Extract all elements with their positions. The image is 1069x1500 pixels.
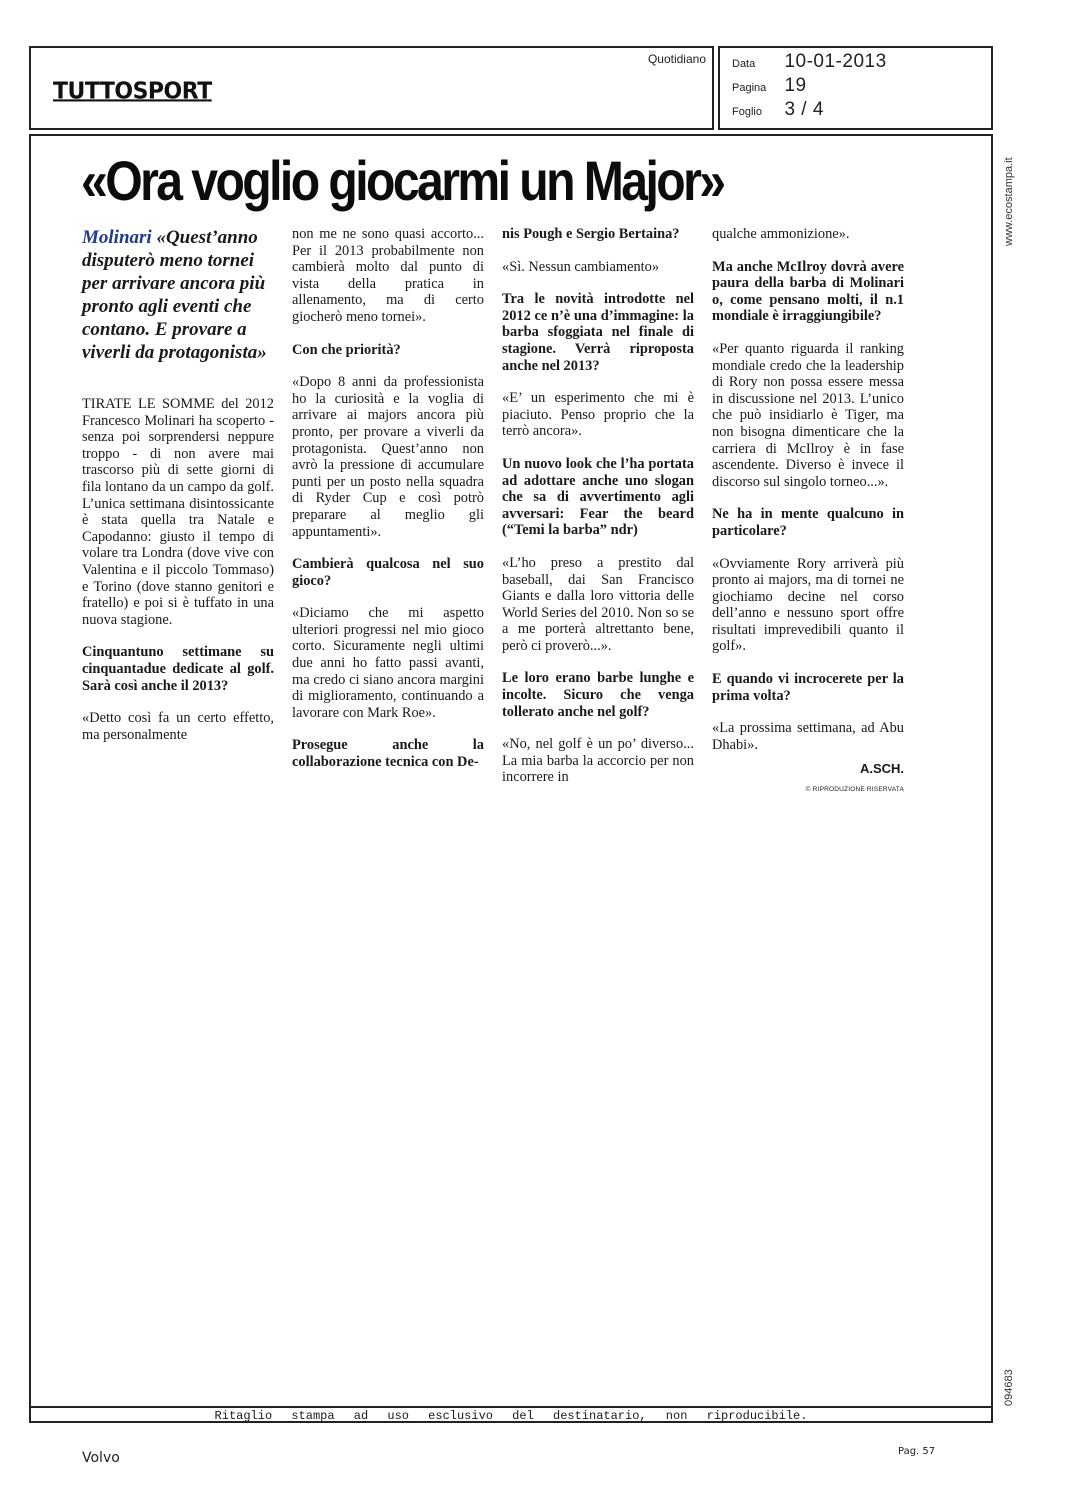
- article-column-3: nis Pough e Sergio Bertaina? «Sì. Nessun…: [502, 226, 694, 802]
- article-intro: Molinari «Quest’anno disputerò meno torn…: [82, 226, 274, 364]
- meta-page-value: 19: [784, 75, 806, 96]
- article-clipping: «Ora voglio giocarmi un Major» Molinari …: [29, 134, 993, 1423]
- meta-date-value: 10-01-2013: [784, 51, 886, 72]
- answer: non me ne sono quasi accorto... Per il 2…: [292, 226, 484, 326]
- header-meta-box: Data 10-01-2013 Pagina 19 Foglio 3 / 4: [718, 46, 993, 130]
- question: Cinquantuno settimane su cinquantadue de…: [82, 644, 274, 694]
- article-column-1: Molinari «Quest’anno disputerò meno torn…: [82, 226, 274, 759]
- question: Con che priorità?: [292, 342, 484, 359]
- clipping-disclaimer: Ritaglio stampa ad uso esclusivo del des…: [31, 1406, 991, 1425]
- question: Ne ha in mente qualcuno in particolare?: [712, 506, 904, 539]
- publication-type: Quotidiano: [648, 52, 706, 66]
- question: Ma anche McIlroy dovrà avere paura della…: [712, 259, 904, 325]
- publication-logo: TUTTOSPORT: [53, 78, 212, 104]
- meta-page: Pagina 19: [732, 75, 807, 97]
- answer: «E’ un esperimento che mi è piaciuto. Pe…: [502, 390, 694, 440]
- document-code-vertical: 094683: [1003, 1369, 1015, 1406]
- question: Prosegue anche la collaborazione tecnica…: [292, 737, 484, 770]
- article-byline: A.SCH.: [712, 761, 904, 778]
- question: Tra le novità introdotte nel 2012 ce n’è…: [502, 291, 694, 374]
- footer-page-number: Pag. 57: [898, 1446, 935, 1457]
- answer: «Per quanto riguarda il ranking mondiale…: [712, 341, 904, 490]
- answer: «No, nel golf è un po’ diverso... La mia…: [502, 736, 694, 786]
- meta-sheet-label: Foglio: [732, 106, 780, 118]
- meta-date: Data 10-01-2013: [732, 51, 887, 73]
- article-headline: «Ora voglio giocarmi un Major»: [81, 148, 723, 213]
- answer: «L’ho preso a prestito dal baseball, dai…: [502, 555, 694, 655]
- question: E quando vi incrocerete per la prima vol…: [712, 671, 904, 704]
- answer: «Dopo 8 anni da professionista ho la cur…: [292, 374, 484, 540]
- meta-sheet-value: 3 / 4: [784, 99, 823, 120]
- website-vertical-label: www.ecostampa.it: [1003, 157, 1015, 246]
- intro-name: Molinari: [82, 227, 152, 248]
- article-lead: TIRATE LE SOMME del 2012 Francesco Molin…: [82, 396, 274, 628]
- footer-client-name: Volvo: [82, 1450, 120, 1466]
- meta-date-label: Data: [732, 58, 780, 70]
- answer: «Sì. Nessun cambiamento»: [502, 259, 694, 276]
- question: Un nuovo look che l’ha portata ad adotta…: [502, 456, 694, 539]
- question: nis Pough e Sergio Bertaina?: [502, 226, 694, 243]
- question: Cambierà qualcosa nel suo gioco?: [292, 556, 484, 589]
- question: Le loro erano barbe lunghe e incolte. Si…: [502, 670, 694, 720]
- header-publication-box: TUTTOSPORT Quotidiano: [29, 46, 714, 130]
- answer: «La prossima settimana, ad Abu Dhabi».: [712, 720, 904, 753]
- article-column-4: qualche ammonizione». Ma anche McIlroy d…: [712, 226, 904, 799]
- answer: «Ovviamente Rory arriverà più pronto ai …: [712, 556, 904, 656]
- meta-page-label: Pagina: [732, 82, 780, 94]
- article-column-2: non me ne sono quasi accorto... Per il 2…: [292, 226, 484, 787]
- answer: qualche ammonizione».: [712, 226, 904, 243]
- rights-notice: © RIPRODUZIONE RISERVATA: [712, 782, 904, 799]
- answer: «Detto così fa un certo effetto, ma pers…: [82, 710, 274, 743]
- answer: «Diciamo che mi aspetto ulteriori progre…: [292, 605, 484, 721]
- meta-sheet: Foglio 3 / 4: [732, 99, 824, 121]
